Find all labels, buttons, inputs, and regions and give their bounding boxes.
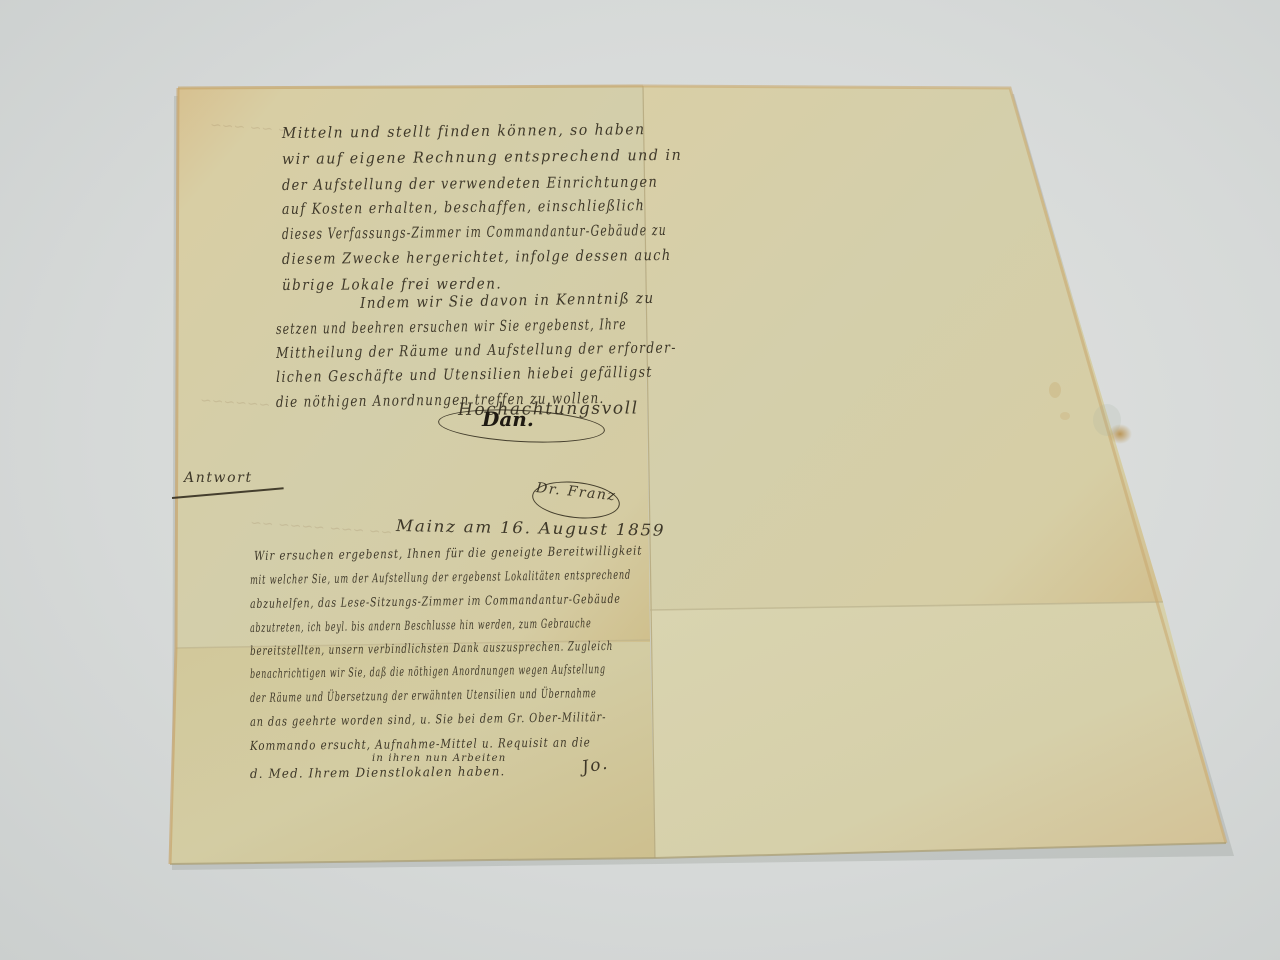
letter-sheet bbox=[0, 0, 1280, 960]
left-page-lower bbox=[170, 642, 655, 864]
left-page-upper bbox=[176, 86, 650, 648]
right-page-lower bbox=[650, 602, 1226, 858]
